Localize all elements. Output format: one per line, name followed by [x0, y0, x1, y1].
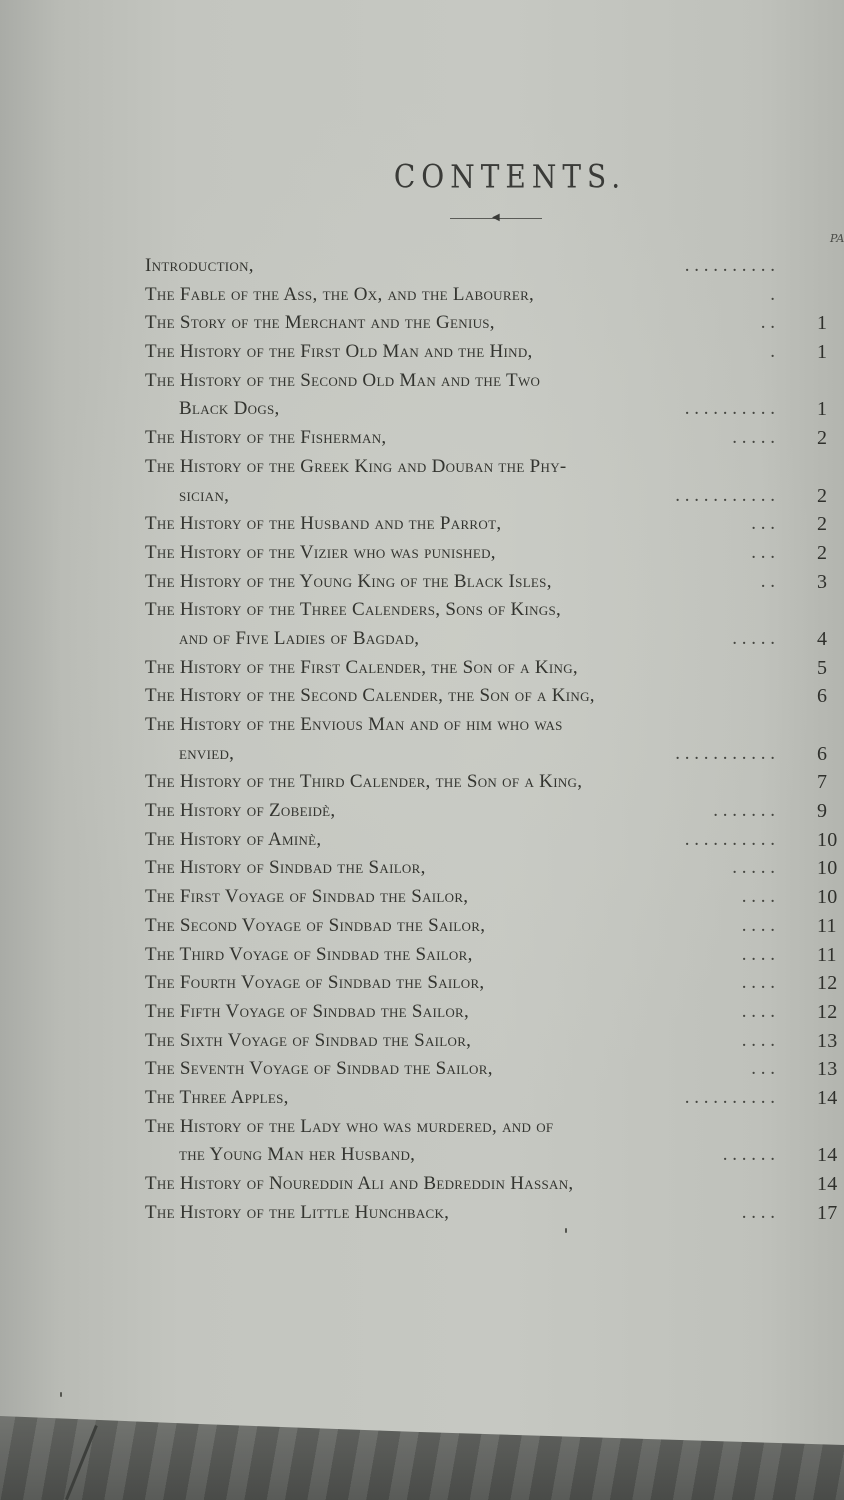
- toc-entry: The History of the Third Calender, the S…: [145, 768, 844, 797]
- toc-entry: The History of Zobeidè,. . . . . . .9: [145, 797, 844, 826]
- divider-ornament-icon: ◀: [492, 213, 500, 223]
- toc-page-number: 2: [817, 482, 827, 511]
- toc-entry-title: The History of the Fisherman,: [145, 424, 386, 453]
- toc-entry-title: The History of the Envious Man and of hi…: [145, 711, 563, 740]
- toc-entry: The History of the Husband and the Parro…: [145, 510, 844, 539]
- dot-leader: . . . . . . . . . . .: [675, 740, 775, 769]
- toc-entry: The Fourth Voyage of Sindbad the Sailor,…: [145, 969, 844, 998]
- toc-page-number: 17: [817, 1199, 838, 1228]
- toc-entry-title: The History of Sindbad the Sailor,: [145, 854, 426, 883]
- toc-entry: The History of Aminè,. . . . . . . . . .…: [145, 826, 844, 855]
- table-of-contents: Introduction,. . . . . . . . . .The Fabl…: [145, 252, 844, 1227]
- ink-speck: [60, 1392, 62, 1397]
- dot-leader: . . . . .: [732, 625, 775, 654]
- toc-entry: The Sixth Voyage of Sindbad the Sailor,.…: [145, 1027, 844, 1056]
- dot-leader: .: [770, 338, 775, 367]
- dot-leader: . . . . . . . . . .: [685, 1084, 775, 1113]
- toc-entry: The Fifth Voyage of Sindbad the Sailor,.…: [145, 998, 844, 1027]
- toc-entry: sician,. . . . . . . . . . .2: [145, 482, 844, 511]
- toc-entry-title: The History of the Second Calender, the …: [145, 682, 595, 711]
- toc-entry-title: The History of the Greek King and Douban…: [145, 453, 567, 482]
- dot-leader: . . . . .: [732, 854, 775, 883]
- page-column-header: PA: [830, 232, 844, 245]
- toc-entry: Introduction,. . . . . . . . . .: [145, 252, 844, 281]
- toc-entry: The History of Sindbad the Sailor,. . . …: [145, 854, 844, 883]
- toc-page-number: 7: [817, 768, 827, 797]
- toc-entry-title: The Fable of the Ass, the Ox, and the La…: [145, 281, 534, 310]
- toc-entry-title: The History of the Husband and the Parro…: [145, 510, 501, 539]
- toc-page-number: 3: [817, 568, 827, 597]
- toc-entry: The History of the Three Calenders, Sons…: [145, 596, 844, 625]
- toc-entry: The Three Apples,. . . . . . . . . .14: [145, 1084, 844, 1113]
- toc-entry-title: The History of the Three Calenders, Sons…: [145, 596, 561, 625]
- dot-leader: . . . .: [742, 1027, 775, 1056]
- toc-entry: and of Five Ladies of Bagdad,. . . . .4: [145, 625, 844, 654]
- toc-entry: The History of the Little Hunchback,. . …: [145, 1199, 844, 1228]
- toc-entry-title: envied,: [145, 740, 234, 769]
- toc-entry: The History of the Envious Man and of hi…: [145, 711, 844, 740]
- toc-entry-title: The Second Voyage of Sindbad the Sailor,: [145, 912, 485, 941]
- toc-entry-title: Introduction,: [145, 252, 254, 281]
- toc-page-number: 10: [817, 854, 838, 883]
- toc-entry-title: The History of Aminè,: [145, 826, 321, 855]
- dot-leader: . . . .: [742, 969, 775, 998]
- toc-page-number: 6: [817, 682, 827, 711]
- dot-leader: . . . . .: [732, 424, 775, 453]
- toc-entry: The History of the Vizier who was punish…: [145, 539, 844, 568]
- dot-leader: . . . .: [742, 912, 775, 941]
- toc-entry-title: The Fifth Voyage of Sindbad the Sailor,: [145, 998, 469, 1027]
- toc-entry: The Fable of the Ass, the Ox, and the La…: [145, 281, 844, 310]
- toc-page-number: 2: [817, 539, 827, 568]
- toc-entry: The History of Noureddin Ali and Bedredd…: [145, 1170, 844, 1199]
- book-page-photo: CONTENTS. ◀ PA Introduction,. . . . . . …: [0, 0, 844, 1500]
- dot-leader: . . . .: [742, 883, 775, 912]
- toc-page-number: 1: [817, 309, 827, 338]
- toc-entry: The History of the Lady who was murdered…: [145, 1113, 844, 1142]
- dot-leader: . . . . . .: [723, 1141, 775, 1170]
- dot-leader: . . .: [751, 539, 775, 568]
- toc-page-number: 11: [817, 912, 837, 941]
- page-title: CONTENTS.: [380, 158, 640, 196]
- dot-leader: . . .: [751, 510, 775, 539]
- toc-page-number: 2: [817, 510, 827, 539]
- dot-leader: . . . .: [742, 941, 775, 970]
- toc-page-number: 13: [817, 1027, 838, 1056]
- toc-page-number: 1: [817, 338, 827, 367]
- toc-entry: the Young Man her Husband,. . . . . .14: [145, 1141, 844, 1170]
- toc-entry: The History of the First Calender, the S…: [145, 654, 844, 683]
- toc-entry-title: the Young Man her Husband,: [145, 1141, 415, 1170]
- toc-page-number: 2: [817, 424, 827, 453]
- dot-leader: .: [770, 281, 775, 310]
- dot-leader: . .: [761, 309, 775, 338]
- toc-entry-title: The History of the Third Calender, the S…: [145, 768, 582, 797]
- toc-entry: The Story of the Merchant and the Genius…: [145, 309, 844, 338]
- toc-entry-title: The Sixth Voyage of Sindbad the Sailor,: [145, 1027, 471, 1056]
- ink-speck: [565, 1228, 567, 1233]
- toc-entry-title: sician,: [145, 482, 229, 511]
- toc-page-number: 10: [817, 883, 838, 912]
- toc-page-number: 12: [817, 969, 838, 998]
- toc-entry: The Seventh Voyage of Sindbad the Sailor…: [145, 1055, 844, 1084]
- toc-entry-title: The Seventh Voyage of Sindbad the Sailor…: [145, 1055, 493, 1084]
- toc-entry: The History of the Second Calender, the …: [145, 682, 844, 711]
- toc-page-number: 5: [817, 654, 827, 683]
- toc-entry-title: The History of the Little Hunchback,: [145, 1199, 449, 1228]
- toc-entry: The First Voyage of Sindbad the Sailor,.…: [145, 883, 844, 912]
- toc-entry: The Second Voyage of Sindbad the Sailor,…: [145, 912, 844, 941]
- toc-page-number: 12: [817, 998, 838, 1027]
- toc-entry-title: The History of the First Old Man and the…: [145, 338, 533, 367]
- toc-entry-title: The History of the First Calender, the S…: [145, 654, 578, 683]
- dot-leader: . . .: [751, 1055, 775, 1084]
- toc-page-number: 1: [817, 395, 827, 424]
- toc-page-number: 9: [817, 797, 827, 826]
- toc-entry-title: The History of the Second Old Man and th…: [145, 367, 540, 396]
- toc-entry-title: and of Five Ladies of Bagdad,: [145, 625, 419, 654]
- toc-entry-title: The History of Noureddin Ali and Bedredd…: [145, 1170, 573, 1199]
- dot-leader: . . . . . . .: [713, 797, 775, 826]
- dot-leader: . . . .: [742, 998, 775, 1027]
- toc-entry-title: The History of the Vizier who was punish…: [145, 539, 496, 568]
- toc-entry-title: The First Voyage of Sindbad the Sailor,: [145, 883, 468, 912]
- toc-entry: The History of the Young King of the Bla…: [145, 568, 844, 597]
- toc-entry-title: The History of Zobeidè,: [145, 797, 335, 826]
- toc-entry-title: The Story of the Merchant and the Genius…: [145, 309, 495, 338]
- toc-entry: The History of the Second Old Man and th…: [145, 367, 844, 396]
- dot-leader: . . . . . . . . . .: [685, 826, 775, 855]
- toc-page-number: 14: [817, 1170, 838, 1199]
- toc-entry: The Third Voyage of Sindbad the Sailor,.…: [145, 941, 844, 970]
- toc-entry: The History of the First Old Man and the…: [145, 338, 844, 367]
- toc-entry-title: The Third Voyage of Sindbad the Sailor,: [145, 941, 473, 970]
- toc-page-number: 6: [817, 740, 827, 769]
- toc-entry: The History of the Fisherman,. . . . .2: [145, 424, 844, 453]
- dot-leader: . . . . . . . . . .: [685, 395, 775, 424]
- dot-leader: . . . . . . . . . . .: [675, 482, 775, 511]
- toc-page-number: 11: [817, 941, 837, 970]
- toc-entry: The History of the Greek King and Douban…: [145, 453, 844, 482]
- toc-entry-title: The History of the Lady who was murdered…: [145, 1113, 553, 1142]
- dot-leader: . . . .: [742, 1199, 775, 1228]
- toc-entry-title: The Fourth Voyage of Sindbad the Sailor,: [145, 969, 484, 998]
- toc-entry: Black Dogs,. . . . . . . . . .1: [145, 395, 844, 424]
- toc-entry: envied,. . . . . . . . . . .6: [145, 740, 844, 769]
- toc-entry-title: The Three Apples,: [145, 1084, 289, 1113]
- toc-page-number: 4: [817, 625, 827, 654]
- toc-page-number: 14: [817, 1141, 838, 1170]
- dot-leader: . . . . . . . . . .: [685, 252, 775, 281]
- toc-entry-title: Black Dogs,: [145, 395, 280, 424]
- toc-entry-title: The History of the Young King of the Bla…: [145, 568, 552, 597]
- toc-page-number: 14: [817, 1084, 838, 1113]
- dot-leader: . .: [761, 568, 775, 597]
- toc-page-number: 13: [817, 1055, 838, 1084]
- toc-page-number: 10: [817, 826, 838, 855]
